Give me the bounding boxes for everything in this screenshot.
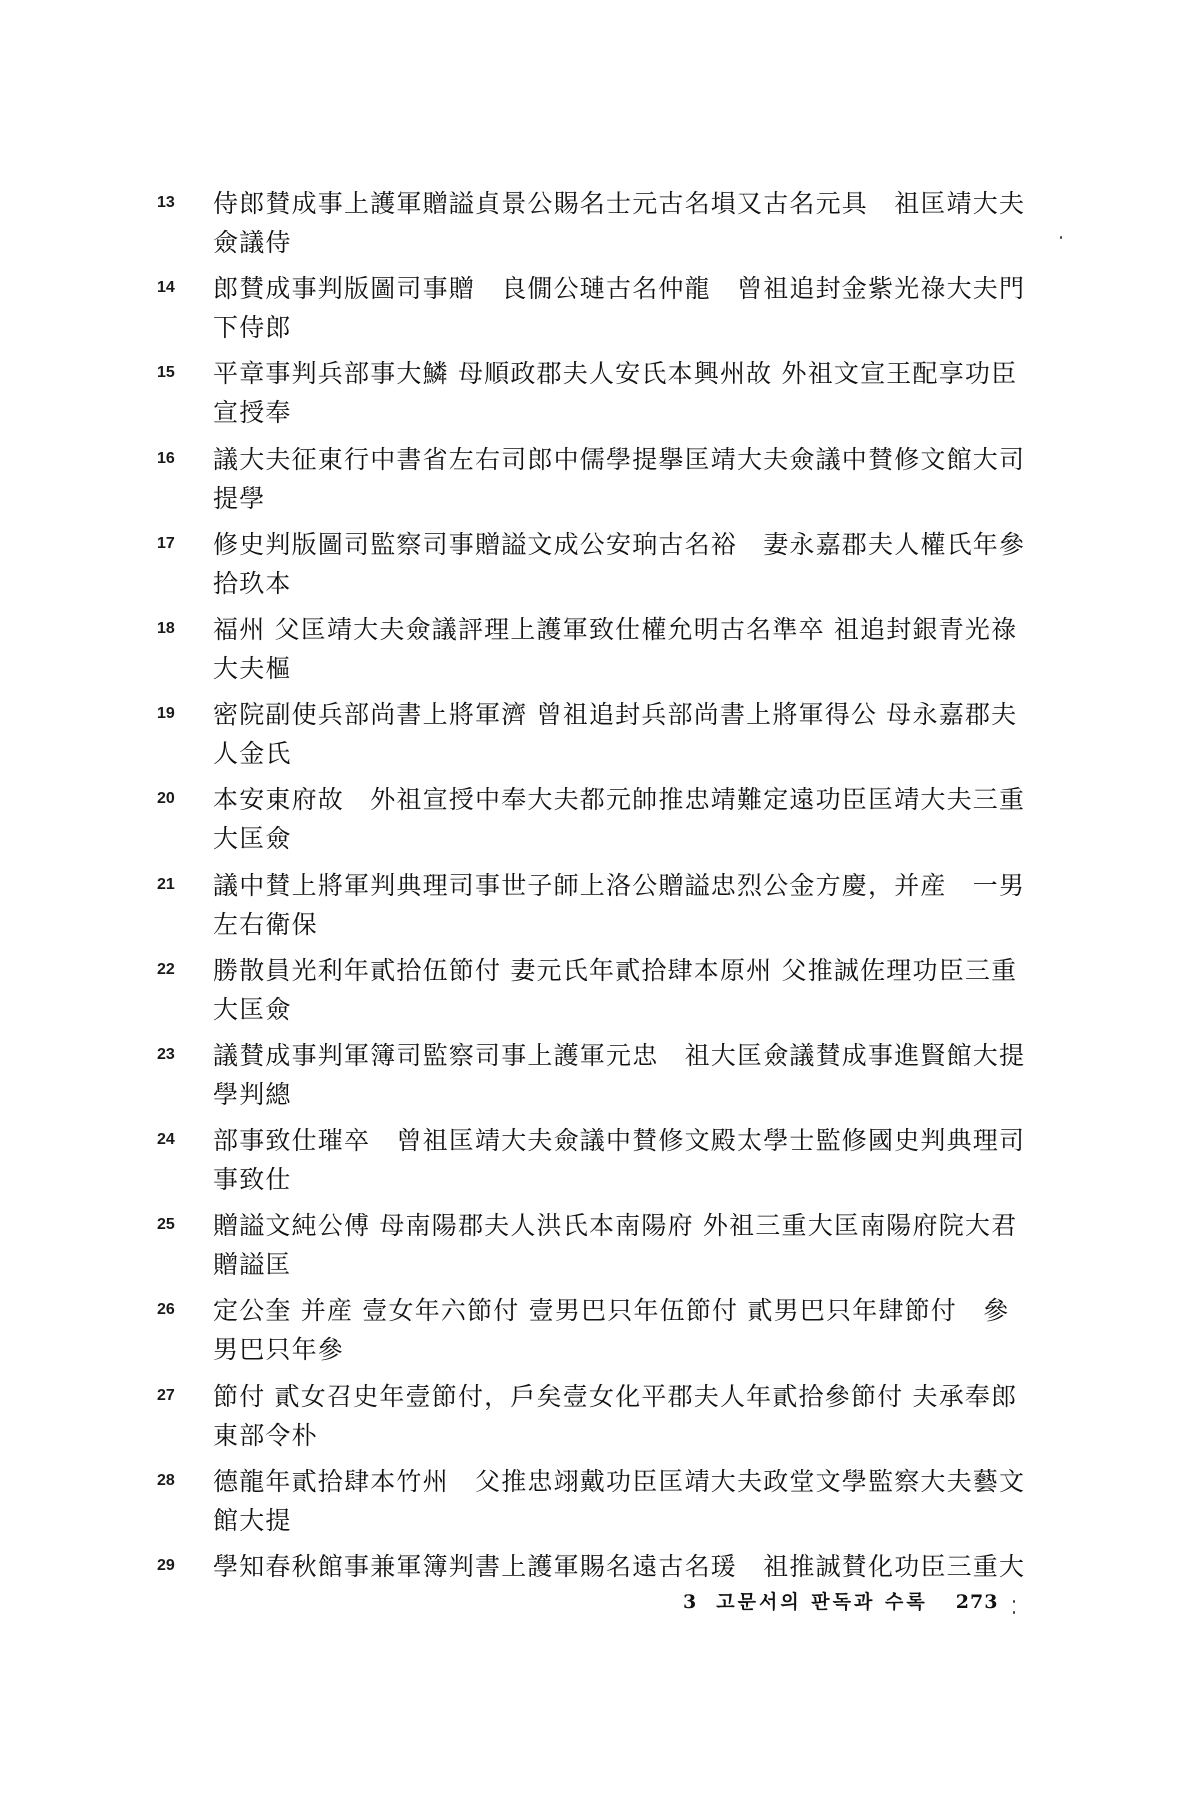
line-text-continuation: 東部令朴	[213, 1416, 1048, 1455]
line-text: 議賛成事判軍簿司監察司事上護軍元忠 祖大匡僉議賛成事進賢館大提 學判總	[213, 1036, 1048, 1114]
line-text-main: 議賛成事判軍簿司監察司事上護軍元忠 祖大匡僉議賛成事進賢館大提	[213, 1036, 1048, 1075]
line-text-main: 本安東府故 外祖宣授中奉大夫都元帥推忠靖難定遠功臣匡靖大夫三重	[213, 780, 1048, 819]
line-text-main: 密院副使兵部尚書上將軍濟 曾祖追封兵部尚書上將軍得公 母永嘉郡夫	[213, 695, 1048, 734]
line-text: 修史判版圖司監察司事贈謚文成公安珦古名裕 妻永嘉郡夫人權氏年參 拾玖本	[213, 525, 1048, 603]
line-number: 16	[157, 449, 197, 469]
line-entry-16: 16 議大夫征東行中書省左右司郎中儒學提擧匡靖大夫僉議中賛修文館大司 提學	[150, 440, 1050, 525]
line-text-main: 議大夫征東行中書省左右司郎中儒學提擧匡靖大夫僉議中賛修文館大司	[213, 440, 1048, 479]
line-text-main: 福州 父匡靖大夫僉議評理上護軍致仕權允明古名準卒 祖追封銀青光祿	[213, 610, 1048, 649]
line-text-continuation: 大匡僉	[213, 819, 1048, 858]
line-number: 13	[157, 193, 197, 213]
line-entry-24: 24 部事致仕璀卒 曾祖匡靖大夫僉議中賛修文殿太學士監修國史判典理司 事致仕	[150, 1121, 1050, 1206]
line-entry-17: 17 修史判版圖司監察司事贈謚文成公安珦古名裕 妻永嘉郡夫人權氏年參 拾玖本	[150, 525, 1050, 610]
line-text: 節付 貳女召史年壹節付，戶矣壹女化平郡夫人年貳拾參節付 夫承奉郎 東部令朴	[213, 1377, 1048, 1455]
line-entry-15: 15 平章事判兵部事大鱗 母順政郡夫人安氏本興州故 外祖文宣王配享功臣 宣授奉	[150, 354, 1050, 439]
line-entry-14: 14 郎賛成事判版圖司事贈 良僩公璉古名仲龍 曾祖追封金紫光祿大夫門 下侍郎	[150, 269, 1050, 354]
line-number: 14	[157, 278, 197, 298]
line-text-main: 修史判版圖司監察司事贈謚文成公安珦古名裕 妻永嘉郡夫人權氏年參	[213, 525, 1048, 564]
line-entry-25: 25 贈謚文純公傅 母南陽郡夫人洪氏本南陽府 外祖三重大匡南陽府院大君 贈謚匡	[150, 1206, 1050, 1291]
line-entry-21: 21 議中賛上將軍判典理司事世子師上洛公贈謚忠烈公金方慶，并産 一男 左右衛保	[150, 866, 1050, 951]
line-text-continuation: 贈謚匡	[213, 1245, 1048, 1284]
line-text-continuation: 學判總	[213, 1075, 1048, 1114]
line-text-continuation: 左右衛保	[213, 905, 1048, 944]
line-entry-13: 13 侍郎賛成事上護軍贈謚貞景公賜名士元古名塤又古名元具 祖匡靖大夫 僉議侍	[150, 184, 1050, 269]
line-text: 定公奎 并産 壹女年六節付 壹男巴只年伍節付 貳男巴只年肆節付 參 男巴只年參	[213, 1291, 1048, 1369]
line-number: 26	[157, 1300, 197, 1320]
line-text-main: 郎賛成事判版圖司事贈 良僩公璉古名仲龍 曾祖追封金紫光祿大夫門	[213, 269, 1048, 308]
line-text-continuation: 事致仕	[213, 1160, 1048, 1199]
line-text: 德龍年貳拾肆本竹州 父推忠翊戴功臣匡靖大夫政堂文學監察大夫藝文 館大提	[213, 1462, 1048, 1540]
line-text: 郎賛成事判版圖司事贈 良僩公璉古名仲龍 曾祖追封金紫光祿大夫門 下侍郎	[213, 269, 1048, 347]
line-text: 議中賛上將軍判典理司事世子師上洛公贈謚忠烈公金方慶，并産 一男 左右衛保	[213, 866, 1048, 944]
line-text-continuation: 僉議侍	[213, 223, 1048, 262]
line-text-continuation: 拾玖本	[213, 564, 1048, 603]
line-text-continuation: 宣授奉	[213, 393, 1048, 432]
line-entry-20: 20 本安東府故 外祖宣授中奉大夫都元帥推忠靖難定遠功臣匡靖大夫三重 大匡僉	[150, 780, 1050, 865]
line-number: 28	[157, 1471, 197, 1491]
line-text: 贈謚文純公傅 母南陽郡夫人洪氏本南陽府 外祖三重大匡南陽府院大君 贈謚匡	[213, 1206, 1048, 1284]
line-entry-23: 23 議賛成事判軍簿司監察司事上護軍元忠 祖大匡僉議賛成事進賢館大提 學判總	[150, 1036, 1050, 1121]
line-text-continuation: 男巴只年參	[213, 1330, 1048, 1369]
line-entry-22: 22 勝散員光利年貳拾伍節付 妻元氏年貳拾肆本原州 父推誠佐理功臣三重 大匡僉	[150, 951, 1050, 1036]
line-number: 15	[157, 363, 197, 383]
line-text-main: 節付 貳女召史年壹節付，戶矣壹女化平郡夫人年貳拾參節付 夫承奉郎	[213, 1377, 1048, 1416]
scan-speck	[1013, 1611, 1015, 1614]
line-text-continuation: 人金氏	[213, 734, 1048, 773]
line-text-continuation: 大夫樞	[213, 649, 1048, 688]
line-number: 21	[157, 875, 197, 895]
line-number: 23	[157, 1045, 197, 1065]
line-text-main: 贈謚文純公傅 母南陽郡夫人洪氏本南陽府 外祖三重大匡南陽府院大君	[213, 1206, 1048, 1245]
line-text: 侍郎賛成事上護軍贈謚貞景公賜名士元古名塤又古名元具 祖匡靖大夫 僉議侍	[213, 184, 1048, 262]
line-text-continuation: 下侍郎	[213, 308, 1048, 347]
line-entry-27: 27 節付 貳女召史年壹節付，戶矣壹女化平郡夫人年貳拾參節付 夫承奉郎 東部令朴	[150, 1377, 1050, 1462]
line-text-main: 定公奎 并産 壹女年六節付 壹男巴只年伍節付 貳男巴只年肆節付 參	[213, 1291, 1048, 1330]
chapter-title: 고문서의 판독과 수록	[716, 1591, 927, 1613]
line-number: 20	[157, 789, 197, 809]
chapter-number: 3	[683, 1591, 696, 1613]
page-footer: 3 고문서의 판독과 수록 273	[683, 1588, 998, 1616]
line-text: 議大夫征東行中書省左右司郎中儒學提擧匡靖大夫僉議中賛修文館大司 提學	[213, 440, 1048, 518]
line-number: 22	[157, 960, 197, 980]
line-entry-19: 19 密院副使兵部尚書上將軍濟 曾祖追封兵部尚書上將軍得公 母永嘉郡夫 人金氏	[150, 695, 1050, 780]
line-text-main: 平章事判兵部事大鱗 母順政郡夫人安氏本興州故 外祖文宣王配享功臣	[213, 354, 1048, 393]
line-text-main: 部事致仕璀卒 曾祖匡靖大夫僉議中賛修文殿太學士監修國史判典理司	[213, 1121, 1048, 1160]
line-text: 學知春秋館事兼軍簿判書上護軍賜名遠古名瑗 祖推誠賛化功臣三重大	[213, 1547, 1048, 1586]
line-number: 27	[157, 1386, 197, 1406]
line-text: 密院副使兵部尚書上將軍濟 曾祖追封兵部尚書上將軍得公 母永嘉郡夫 人金氏	[213, 695, 1048, 773]
line-number: 19	[157, 704, 197, 724]
line-text-main: 侍郎賛成事上護軍贈謚貞景公賜名士元古名塤又古名元具 祖匡靖大夫	[213, 184, 1048, 223]
line-text: 部事致仕璀卒 曾祖匡靖大夫僉議中賛修文殿太學士監修國史判典理司 事致仕	[213, 1121, 1048, 1199]
line-text: 勝散員光利年貳拾伍節付 妻元氏年貳拾肆本原州 父推誠佐理功臣三重 大匡僉	[213, 951, 1048, 1029]
line-number: 25	[157, 1215, 197, 1235]
line-text-continuation: 大匡僉	[213, 990, 1048, 1029]
line-number: 18	[157, 619, 197, 639]
line-text-main: 學知春秋館事兼軍簿判書上護軍賜名遠古名瑗 祖推誠賛化功臣三重大	[213, 1547, 1048, 1586]
transcription-lines: 13 侍郎賛成事上護軍贈謚貞景公賜名士元古名塤又古名元具 祖匡靖大夫 僉議侍 1…	[150, 184, 1050, 1632]
scan-speck	[1013, 1600, 1015, 1603]
line-number: 17	[157, 534, 197, 554]
line-text-main: 德龍年貳拾肆本竹州 父推忠翊戴功臣匡靖大夫政堂文學監察大夫藝文	[213, 1462, 1048, 1501]
line-number: 24	[157, 1130, 197, 1150]
line-entry-28: 28 德龍年貳拾肆本竹州 父推忠翊戴功臣匡靖大夫政堂文學監察大夫藝文 館大提	[150, 1462, 1050, 1547]
line-text: 平章事判兵部事大鱗 母順政郡夫人安氏本興州故 外祖文宣王配享功臣 宣授奉	[213, 354, 1048, 432]
line-text-continuation: 館大提	[213, 1501, 1048, 1540]
line-entry-18: 18 福州 父匡靖大夫僉議評理上護軍致仕權允明古名準卒 祖追封銀青光祿 大夫樞	[150, 610, 1050, 695]
line-text-main: 勝散員光利年貳拾伍節付 妻元氏年貳拾肆本原州 父推誠佐理功臣三重	[213, 951, 1048, 990]
scan-speck	[1060, 236, 1062, 239]
line-text-continuation: 提學	[213, 479, 1048, 518]
line-text: 本安東府故 外祖宣授中奉大夫都元帥推忠靖難定遠功臣匡靖大夫三重 大匡僉	[213, 780, 1048, 858]
line-text: 福州 父匡靖大夫僉議評理上護軍致仕權允明古名準卒 祖追封銀青光祿 大夫樞	[213, 610, 1048, 688]
line-text-main: 議中賛上將軍判典理司事世子師上洛公贈謚忠烈公金方慶，并産 一男	[213, 866, 1048, 905]
page-number: 273	[956, 1591, 999, 1613]
line-number: 29	[157, 1556, 197, 1576]
document-page: 13 侍郎賛成事上護軍贈謚貞景公賜名士元古名塤又古名元具 祖匡靖大夫 僉議侍 1…	[0, 0, 1200, 1800]
line-entry-26: 26 定公奎 并産 壹女年六節付 壹男巴只年伍節付 貳男巴只年肆節付 參 男巴只…	[150, 1291, 1050, 1376]
